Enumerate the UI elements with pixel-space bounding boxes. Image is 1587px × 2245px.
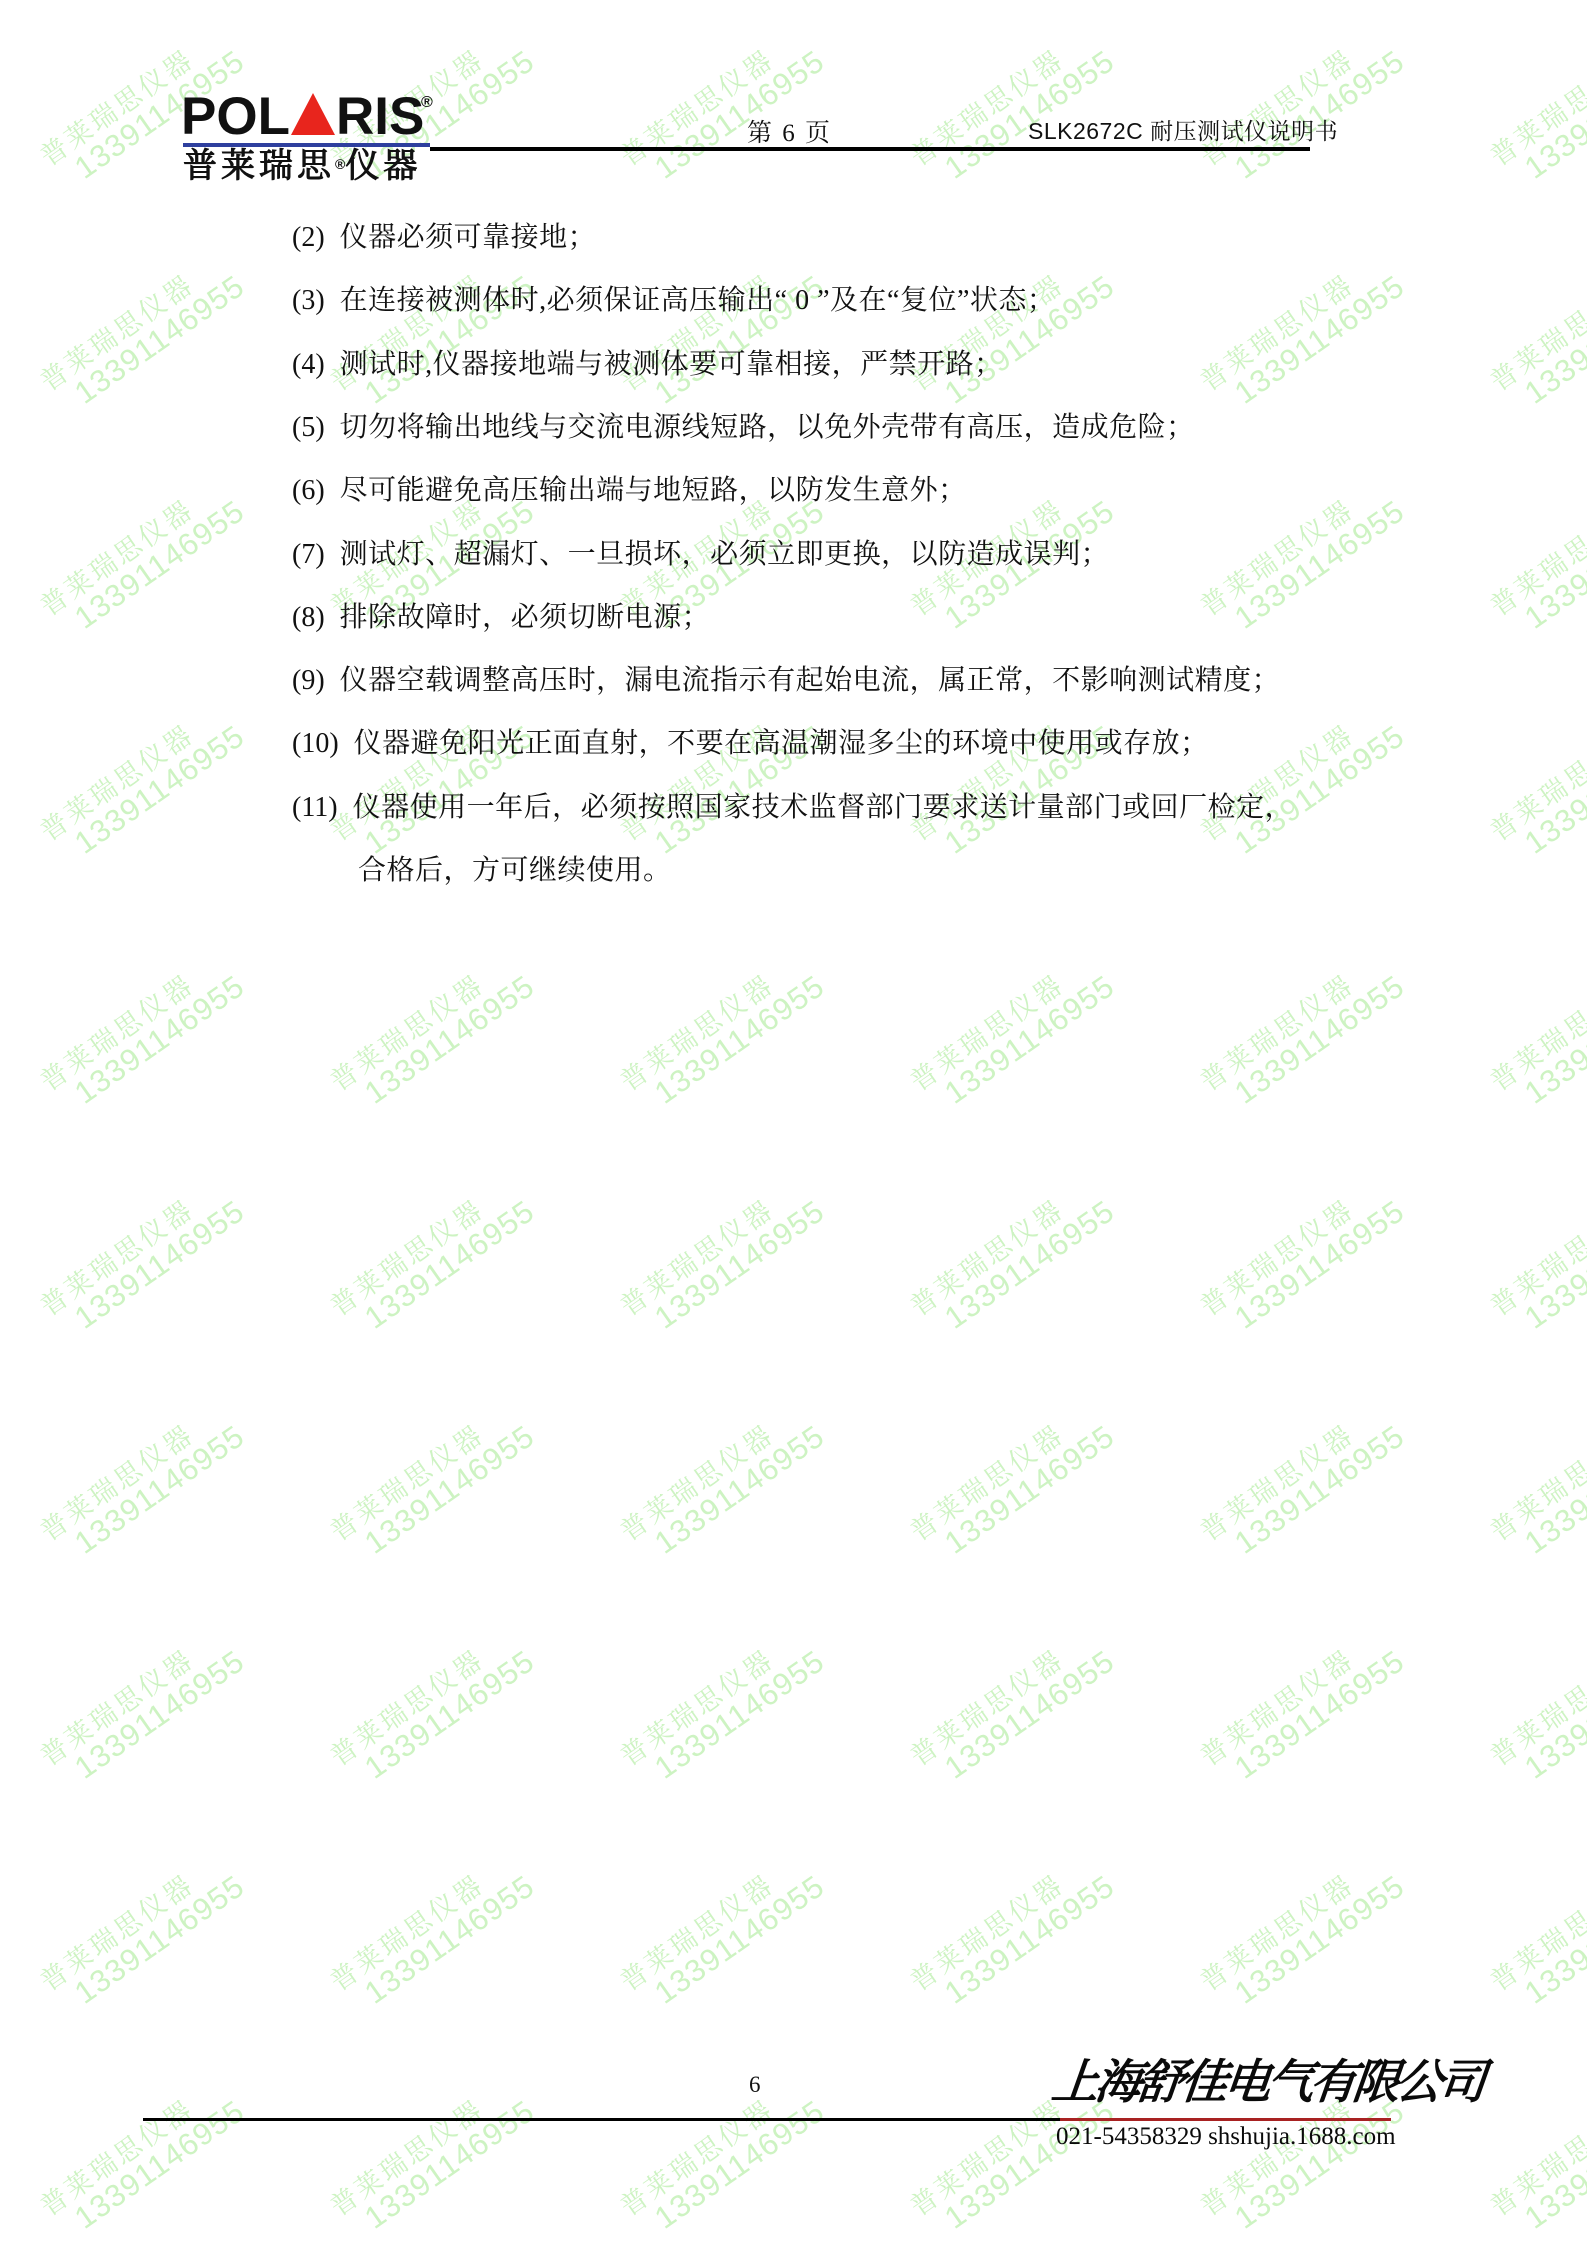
note-text: 仪器必须可靠接地； bbox=[340, 222, 597, 253]
watermark-brand-text: 普莱瑞思仪器 bbox=[1195, 1397, 1392, 1547]
note-line: (6)尽可能避免高压输出端与地短路，以防发生意外； bbox=[292, 474, 967, 508]
watermark-phone-text: 13391146955 bbox=[940, 1870, 1121, 2010]
watermark: 普莱瑞思仪器13391146955 bbox=[35, 472, 250, 648]
watermark-brand-text: 普莱瑞思仪器 bbox=[35, 1847, 232, 1997]
footer-company-name: 上海舒佳电气有限公司 bbox=[1049, 2053, 1485, 2113]
watermark: 普莱瑞思仪器13391146955 bbox=[615, 697, 830, 873]
watermark-phone-text: 13391146955 bbox=[360, 970, 541, 1110]
note-number: (4) bbox=[292, 349, 325, 380]
watermark-brand-text: 普莱瑞思仪器 bbox=[1485, 697, 1587, 847]
watermark-brand-text: 普莱瑞思仪器 bbox=[1195, 247, 1392, 397]
watermark: 普莱瑞思仪器13391146955 bbox=[35, 947, 250, 1123]
watermark-brand-text: 普莱瑞思仪器 bbox=[35, 1622, 232, 1772]
watermark-phone-text: 13391146955 bbox=[1520, 720, 1587, 860]
watermark-phone-text: 13391146955 bbox=[70, 270, 251, 410]
header-page-label: 第 6 页 bbox=[747, 113, 832, 149]
watermark: 普莱瑞思仪器13391146955 bbox=[325, 947, 540, 1123]
watermark-brand-text: 普莱瑞思仪器 bbox=[325, 1172, 522, 1322]
watermark: 普莱瑞思仪器13391146955 bbox=[615, 1622, 830, 1798]
note-line: (4)测试时,仪器接地端与被测体要可靠相接，严禁开路； bbox=[292, 348, 1003, 382]
logo-subtitle: 普莱瑞思®仪器 bbox=[183, 146, 421, 184]
watermark: 普莱瑞思仪器13391146955 bbox=[905, 947, 1120, 1123]
watermark: 普莱瑞思仪器13391146955 bbox=[1485, 1847, 1587, 2023]
watermark: 普莱瑞思仪器13391146955 bbox=[1195, 1622, 1410, 1798]
watermark-phone-text: 13391146955 bbox=[70, 720, 251, 860]
watermark-phone-text: 13391146955 bbox=[650, 970, 831, 1110]
manual-page: 普莱瑞思仪器13391146955普莱瑞思仪器13391146955普莱瑞思仪器… bbox=[0, 0, 1587, 2245]
footer-rule bbox=[143, 2118, 1062, 2121]
watermark-phone-text: 13391146955 bbox=[360, 1870, 541, 2010]
note-number: (10) bbox=[292, 728, 339, 759]
watermark-brand-text: 普莱瑞思仪器 bbox=[1485, 2072, 1587, 2222]
header-rule bbox=[430, 147, 1310, 151]
watermark: 普莱瑞思仪器13391146955 bbox=[1485, 697, 1587, 873]
logo-triangle-icon bbox=[291, 93, 335, 135]
watermark-brand-text: 普莱瑞思仪器 bbox=[905, 1172, 1102, 1322]
watermark: 普莱瑞思仪器13391146955 bbox=[35, 2072, 250, 2245]
logo-text-right: RIS bbox=[336, 87, 424, 146]
watermark-brand-text: 普莱瑞思仪器 bbox=[1485, 1172, 1587, 1322]
watermark: 普莱瑞思仪器13391146955 bbox=[325, 1397, 540, 1573]
watermark-phone-text: 13391146955 bbox=[360, 1420, 541, 1560]
watermark-brand-text: 普莱瑞思仪器 bbox=[35, 472, 232, 622]
watermark-phone-text: 13391146955 bbox=[650, 2095, 831, 2235]
watermark: 普莱瑞思仪器13391146955 bbox=[1195, 472, 1410, 648]
watermark-phone-text: 13391146955 bbox=[650, 1645, 831, 1785]
note-line: (5)切勿将输出地线与交流电源线短路，以免外壳带有高压，造成危险； bbox=[292, 411, 1195, 445]
watermark-phone-text: 13391146955 bbox=[1230, 1870, 1411, 2010]
watermark: 普莱瑞思仪器13391146955 bbox=[615, 947, 830, 1123]
watermark-brand-text: 普莱瑞思仪器 bbox=[325, 947, 522, 1097]
watermark: 普莱瑞思仪器13391146955 bbox=[1485, 2072, 1587, 2245]
watermark-brand-text: 普莱瑞思仪器 bbox=[1195, 1847, 1392, 1997]
watermark-phone-text: 13391146955 bbox=[70, 970, 251, 1110]
watermark: 普莱瑞思仪器13391146955 bbox=[1195, 22, 1410, 198]
watermark-phone-text: 13391146955 bbox=[1520, 495, 1587, 635]
watermark-brand-text: 普莱瑞思仪器 bbox=[1485, 472, 1587, 622]
polaris-logo: POLRIS bbox=[181, 92, 424, 142]
watermark-brand-text: 普莱瑞思仪器 bbox=[325, 1397, 522, 1547]
watermark-brand-text: 普莱瑞思仪器 bbox=[1195, 1172, 1392, 1322]
watermark-brand-text: 普莱瑞思仪器 bbox=[615, 2072, 812, 2222]
watermark: 普莱瑞思仪器13391146955 bbox=[1195, 947, 1410, 1123]
watermark-phone-text: 13391146955 bbox=[940, 2095, 1121, 2235]
watermark-phone-text: 13391146955 bbox=[70, 1420, 251, 1560]
note-line: (10)仪器避免阳光正面直射，不要在高温潮湿多尘的环境中使用或存放； bbox=[292, 727, 1209, 761]
watermark: 普莱瑞思仪器13391146955 bbox=[1195, 1847, 1410, 2023]
note-line: (3)在连接被测体时,必须保证高压输出“ 0 ”及在“复位”状态； bbox=[292, 284, 1055, 318]
watermark-brand-text: 普莱瑞思仪器 bbox=[35, 1172, 232, 1322]
watermark-phone-text: 13391146955 bbox=[1520, 1645, 1587, 1785]
watermark-brand-text: 普莱瑞思仪器 bbox=[1485, 1397, 1587, 1547]
watermark: 普莱瑞思仪器13391146955 bbox=[325, 2072, 540, 2245]
watermark: 普莱瑞思仪器13391146955 bbox=[35, 247, 250, 423]
logo-subtitle-left: 普莱瑞思 bbox=[183, 147, 335, 185]
header-doc-title: SLK2672C 耐压测试仪说明书 bbox=[1028, 113, 1338, 146]
logo-subtitle-right: 仪器 bbox=[345, 147, 421, 185]
watermark-brand-text: 普莱瑞思仪器 bbox=[1195, 1622, 1392, 1772]
note-text: 尽可能避免高压输出端与地短路，以防发生意外； bbox=[340, 475, 967, 506]
note-number: (11) bbox=[292, 792, 338, 823]
watermark: 普莱瑞思仪器13391146955 bbox=[905, 1847, 1120, 2023]
note-number: (6) bbox=[292, 475, 325, 506]
watermark-phone-text: 13391146955 bbox=[1520, 1420, 1587, 1560]
note-text: 合格后，方可继续使用。 bbox=[358, 855, 672, 886]
watermark-phone-text: 13391146955 bbox=[70, 495, 251, 635]
note-number: (2) bbox=[292, 222, 325, 253]
watermark: 普莱瑞思仪器13391146955 bbox=[1485, 472, 1587, 648]
watermark: 普莱瑞思仪器13391146955 bbox=[1195, 1172, 1410, 1348]
note-line-continuation: 合格后，方可继续使用。 bbox=[358, 854, 672, 888]
watermark-phone-text: 13391146955 bbox=[940, 970, 1121, 1110]
watermark-phone-text: 13391146955 bbox=[1230, 495, 1411, 635]
watermark-phone-text: 13391146955 bbox=[1520, 45, 1587, 185]
watermark: 普莱瑞思仪器13391146955 bbox=[325, 247, 540, 423]
watermark: 普莱瑞思仪器13391146955 bbox=[615, 1847, 830, 2023]
watermark: 普莱瑞思仪器13391146955 bbox=[905, 247, 1120, 423]
watermark: 普莱瑞思仪器13391146955 bbox=[1485, 1622, 1587, 1798]
watermark: 普莱瑞思仪器13391146955 bbox=[35, 1622, 250, 1798]
note-number: (5) bbox=[292, 412, 325, 443]
watermark-phone-text: 13391146955 bbox=[650, 1420, 831, 1560]
watermark-brand-text: 普莱瑞思仪器 bbox=[325, 2072, 522, 2222]
watermark-brand-text: 普莱瑞思仪器 bbox=[1485, 22, 1587, 172]
watermark-brand-text: 普莱瑞思仪器 bbox=[35, 947, 232, 1097]
watermark-brand-text: 普莱瑞思仪器 bbox=[35, 697, 232, 847]
watermark-layer: 普莱瑞思仪器13391146955普莱瑞思仪器13391146955普莱瑞思仪器… bbox=[0, 0, 1587, 2245]
watermark: 普莱瑞思仪器13391146955 bbox=[615, 22, 830, 198]
watermark: 普莱瑞思仪器13391146955 bbox=[615, 1172, 830, 1348]
footer-contact: 021-54358329 shshujia.1688.com bbox=[1056, 2123, 1396, 2151]
watermark-phone-text: 13391146955 bbox=[940, 1645, 1121, 1785]
note-number: (3) bbox=[292, 285, 325, 316]
watermark-phone-text: 13391146955 bbox=[940, 1195, 1121, 1335]
watermark: 普莱瑞思仪器13391146955 bbox=[615, 2072, 830, 2245]
watermark-brand-text: 普莱瑞思仪器 bbox=[615, 947, 812, 1097]
watermark: 普莱瑞思仪器13391146955 bbox=[1195, 1397, 1410, 1573]
watermark-phone-text: 13391146955 bbox=[650, 1195, 831, 1335]
watermark-brand-text: 普莱瑞思仪器 bbox=[615, 1622, 812, 1772]
watermark-brand-text: 普莱瑞思仪器 bbox=[1485, 1622, 1587, 1772]
watermark-phone-text: 13391146955 bbox=[1520, 1870, 1587, 2010]
watermark: 普莱瑞思仪器13391146955 bbox=[615, 1397, 830, 1573]
note-text: 切勿将输出地线与交流电源线短路，以免外壳带有高压，造成危险； bbox=[340, 412, 1195, 443]
note-number: (7) bbox=[292, 539, 325, 570]
watermark: 普莱瑞思仪器13391146955 bbox=[1485, 247, 1587, 423]
watermark-phone-text: 13391146955 bbox=[1230, 2095, 1411, 2235]
watermark-brand-text: 普莱瑞思仪器 bbox=[905, 947, 1102, 1097]
watermark-brand-text: 普莱瑞思仪器 bbox=[905, 1847, 1102, 1997]
watermark-phone-text: 13391146955 bbox=[1230, 270, 1411, 410]
watermark: 普莱瑞思仪器13391146955 bbox=[1485, 1172, 1587, 1348]
logo-registered-mark: ® bbox=[421, 94, 433, 112]
footer-rule-red bbox=[1060, 2118, 1391, 2121]
watermark: 普莱瑞思仪器13391146955 bbox=[905, 697, 1120, 873]
watermark: 普莱瑞思仪器13391146955 bbox=[615, 247, 830, 423]
note-line: (9)仪器空载调整高压时，漏电流指示有起始电流，属正常，不影响测试精度； bbox=[292, 664, 1280, 698]
watermark-phone-text: 13391146955 bbox=[70, 1645, 251, 1785]
watermark: 普莱瑞思仪器13391146955 bbox=[905, 22, 1120, 198]
watermark-phone-text: 13391146955 bbox=[1230, 1195, 1411, 1335]
watermark-phone-text: 13391146955 bbox=[360, 1645, 541, 1785]
watermark: 普莱瑞思仪器13391146955 bbox=[325, 1622, 540, 1798]
watermark-brand-text: 普莱瑞思仪器 bbox=[1485, 947, 1587, 1097]
watermark-brand-text: 普莱瑞思仪器 bbox=[35, 1397, 232, 1547]
note-number: (8) bbox=[292, 602, 325, 633]
logo-subtitle-registered-mark: ® bbox=[335, 156, 345, 172]
logo-text-left: POL bbox=[181, 87, 290, 146]
watermark-brand-text: 普莱瑞思仪器 bbox=[905, 1397, 1102, 1547]
watermark-brand-text: 普莱瑞思仪器 bbox=[35, 247, 232, 397]
watermark-phone-text: 13391146955 bbox=[1230, 1645, 1411, 1785]
note-line: (11)仪器使用一年后，必须按照国家技术监督部门要求送计量部门或回厂检定， bbox=[292, 791, 1293, 825]
watermark: 普莱瑞思仪器13391146955 bbox=[905, 1622, 1120, 1798]
note-text: 在连接被测体时,必须保证高压输出“ 0 ”及在“复位”状态； bbox=[340, 285, 1056, 316]
watermark-phone-text: 13391146955 bbox=[360, 1195, 541, 1335]
watermark: 普莱瑞思仪器13391146955 bbox=[905, 1172, 1120, 1348]
note-text: 排除故障时，必须切断电源； bbox=[340, 602, 711, 633]
watermark: 普莱瑞思仪器13391146955 bbox=[35, 1172, 250, 1348]
watermark-brand-text: 普莱瑞思仪器 bbox=[325, 1622, 522, 1772]
watermark-brand-text: 普莱瑞思仪器 bbox=[1485, 1847, 1587, 1997]
watermark-phone-text: 13391146955 bbox=[1520, 1195, 1587, 1335]
watermark: 普莱瑞思仪器13391146955 bbox=[35, 697, 250, 873]
watermark-brand-text: 普莱瑞思仪器 bbox=[615, 1397, 812, 1547]
note-text: 仪器避免阳光正面直射，不要在高温潮湿多尘的环境中使用或存放； bbox=[354, 728, 1209, 759]
watermark-phone-text: 13391146955 bbox=[940, 1420, 1121, 1560]
watermark: 普莱瑞思仪器13391146955 bbox=[1485, 1397, 1587, 1573]
watermark-brand-text: 普莱瑞思仪器 bbox=[35, 2072, 232, 2222]
watermark-brand-text: 普莱瑞思仪器 bbox=[1195, 947, 1392, 1097]
watermark-phone-text: 13391146955 bbox=[1230, 970, 1411, 1110]
watermark: 普莱瑞思仪器13391146955 bbox=[325, 1847, 540, 2023]
watermark-brand-text: 普莱瑞思仪器 bbox=[1485, 247, 1587, 397]
watermark: 普莱瑞思仪器13391146955 bbox=[325, 1172, 540, 1348]
watermark: 普莱瑞思仪器13391146955 bbox=[1195, 697, 1410, 873]
note-number: (9) bbox=[292, 665, 325, 696]
note-line: (8)排除故障时，必须切断电源； bbox=[292, 601, 710, 635]
watermark-phone-text: 13391146955 bbox=[1520, 970, 1587, 1110]
watermark-phone-text: 13391146955 bbox=[70, 2095, 251, 2235]
watermark: 普莱瑞思仪器13391146955 bbox=[1485, 947, 1587, 1123]
watermark: 普莱瑞思仪器13391146955 bbox=[1485, 22, 1587, 198]
note-text: 仪器空载调整高压时，漏电流指示有起始电流，属正常，不影响测试精度； bbox=[340, 665, 1281, 696]
watermark-brand-text: 普莱瑞思仪器 bbox=[615, 1847, 812, 1997]
watermark-brand-text: 普莱瑞思仪器 bbox=[1195, 472, 1392, 622]
watermark-phone-text: 13391146955 bbox=[1230, 1420, 1411, 1560]
watermark: 普莱瑞思仪器13391146955 bbox=[1195, 247, 1410, 423]
watermark: 普莱瑞思仪器13391146955 bbox=[35, 1397, 250, 1573]
note-line: (7)测试灯、超漏灯、一旦损坏，必须立即更换，以防造成误判； bbox=[292, 538, 1109, 572]
watermark-brand-text: 普莱瑞思仪器 bbox=[615, 1172, 812, 1322]
note-line: (2)仪器必须可靠接地； bbox=[292, 221, 596, 255]
watermark-phone-text: 13391146955 bbox=[650, 1870, 831, 2010]
watermark-phone-text: 13391146955 bbox=[1520, 2095, 1587, 2235]
note-text: 测试时,仪器接地端与被测体要可靠相接，严禁开路； bbox=[340, 349, 1003, 380]
watermark-phone-text: 13391146955 bbox=[1520, 270, 1587, 410]
watermark-phone-text: 13391146955 bbox=[360, 2095, 541, 2235]
watermark-phone-text: 13391146955 bbox=[70, 1870, 251, 2010]
watermark: 普莱瑞思仪器13391146955 bbox=[325, 697, 540, 873]
watermark-phone-text: 13391146955 bbox=[70, 1195, 251, 1335]
watermark: 普莱瑞思仪器13391146955 bbox=[905, 1397, 1120, 1573]
footer-page-number: 6 bbox=[749, 2072, 761, 2098]
watermark: 普莱瑞思仪器13391146955 bbox=[35, 1847, 250, 2023]
note-text: 测试灯、超漏灯、一旦损坏，必须立即更换，以防造成误判； bbox=[340, 539, 1110, 570]
watermark-brand-text: 普莱瑞思仪器 bbox=[325, 1847, 522, 1997]
logo-underline bbox=[183, 143, 430, 147]
watermark-brand-text: 普莱瑞思仪器 bbox=[905, 1622, 1102, 1772]
note-text: 仪器使用一年后，必须按照国家技术监督部门要求送计量部门或回厂检定， bbox=[353, 792, 1294, 823]
